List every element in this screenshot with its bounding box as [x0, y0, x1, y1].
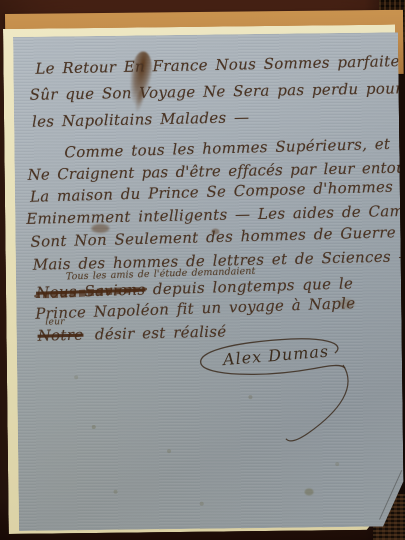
letter-closing-line: leur Notre désir est réalisé [37, 323, 226, 344]
struck-out-words: Nous Savions [36, 280, 146, 301]
letter-paper: Le Retour En France Nous Sommes parfaite… [13, 32, 404, 531]
struck-out-word: Notre [37, 326, 83, 345]
paper-specks [13, 37, 15, 39]
letter-line-3: les Napolitains Malades — [32, 109, 250, 130]
paper-stain-small [305, 488, 314, 495]
letter-line-1: Le Retour En France Nous Sommes parfaite… [35, 53, 405, 77]
signature: Alex Dumas [222, 343, 329, 368]
letter-line-4: Comme tous les hommes Supérieurs, et qui [64, 135, 405, 161]
letter-line-2: Sûr que Son Voyage Ne Sera pas perdu pou… [30, 80, 403, 103]
letter-line-8: Sont Non Seulement des hommes de Guerre [30, 224, 396, 250]
photo-background: Le Retour En France Nous Sommes parfaite… [0, 0, 405, 540]
letter-closing-rest: désir est réalisé [95, 322, 227, 343]
